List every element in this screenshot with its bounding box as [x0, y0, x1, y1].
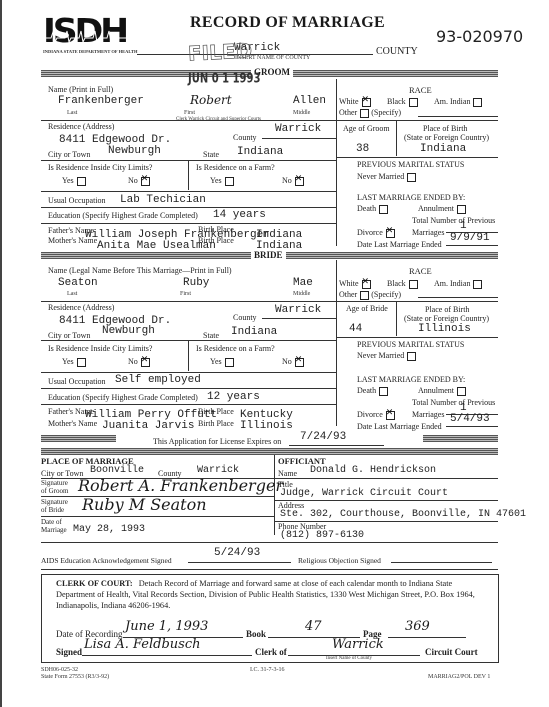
document-title: RECORD OF MARRIAGE: [190, 14, 385, 32]
checkbox-checked[interactable]: [295, 177, 304, 186]
checkbox-checked[interactable]: [141, 177, 150, 186]
recording-page: 369: [405, 619, 430, 634]
bride-ended-divorce[interactable]: Divorce: [357, 410, 395, 420]
groom-middle-name: Allen: [293, 95, 326, 107]
groom-race-other[interactable]: Other (Specify): [339, 108, 401, 118]
groom-farm-yes[interactable]: Yes: [210, 176, 234, 186]
bride-race-other[interactable]: Other (Specify): [339, 290, 401, 300]
groom-ended-death[interactable]: Death: [357, 204, 388, 214]
heartbeat-line-icon: [43, 28, 131, 44]
isdh-logo: ISDH INDIANA STATE DEPARTMENT OF HEALTH: [43, 14, 131, 54]
groom-ended-divorce[interactable]: Divorce: [357, 228, 395, 238]
bride-ended-death[interactable]: Death: [357, 386, 388, 396]
groom-birthplace: Indiana: [420, 143, 466, 155]
bride-age: 44: [349, 323, 362, 335]
groom-age: 38: [356, 143, 369, 155]
bride-middle-name: Mae: [293, 277, 313, 289]
groom-city-limits-yes[interactable]: Yes: [62, 176, 86, 186]
groom-marriages-count: 1: [460, 220, 467, 232]
groom-race-white[interactable]: White: [339, 97, 371, 107]
bride-city-limits-yes[interactable]: Yes: [62, 357, 86, 367]
groom-education: 14 years: [213, 209, 266, 221]
groom-city-limits-no[interactable]: No: [128, 176, 150, 186]
checkbox[interactable]: [225, 177, 234, 186]
bride-farm-yes[interactable]: Yes: [210, 357, 234, 367]
checkbox-checked[interactable]: [362, 98, 371, 107]
bride-city-limits-no[interactable]: No: [128, 357, 150, 367]
checkbox[interactable]: [409, 280, 418, 289]
recording-date: June 1, 1993: [125, 619, 208, 634]
groom-city: Newburgh: [108, 145, 161, 157]
groom-state: Indiana: [237, 146, 283, 158]
scan-left-edge: [0, 0, 2, 707]
bride-birthplace: Illinois: [418, 323, 471, 335]
bride-right-divider: [336, 260, 337, 426]
checkbox[interactable]: [379, 387, 388, 396]
bride-mother-name: Juanita Jarvis: [102, 420, 194, 432]
bride-education: 12 years: [207, 391, 260, 403]
groom-ended-annulment[interactable]: Annulment: [418, 204, 466, 214]
officiant-phone: (812) 897-6130: [280, 530, 364, 541]
clerk-county: Warrick: [332, 637, 384, 652]
bride-date-last-ended: 5/4/93: [450, 413, 490, 425]
received-date-stamp: JUN 0 1 1993: [188, 72, 260, 86]
checkbox[interactable]: [407, 173, 416, 182]
groom-signature: Robert A. Frankenberger: [78, 476, 283, 495]
checkbox[interactable]: [457, 205, 466, 214]
groom-never-married[interactable]: Never Married: [357, 172, 416, 182]
officiant-name: Donald G. Hendrickson: [310, 465, 436, 476]
groom-last-name: Frankenberger: [58, 95, 144, 107]
bride-first-name: Ruby: [183, 277, 209, 289]
bride-section-label: BRIDE: [251, 250, 286, 260]
checkbox[interactable]: [77, 358, 86, 367]
checkbox-checked[interactable]: [386, 411, 395, 420]
groom-first-name: Robert: [190, 93, 232, 107]
bride-race-amindian[interactable]: Am. Indian: [434, 279, 482, 289]
recording-book: 47: [305, 619, 322, 634]
clerk-signature: Lisa A. Feldbusch: [84, 637, 201, 652]
county-label: COUNTY: [376, 46, 418, 57]
groom-county: Warrick: [275, 123, 321, 135]
bride-race-black[interactable]: Black: [387, 279, 418, 289]
groom-farm-no[interactable]: No: [282, 176, 304, 186]
checkbox[interactable]: [379, 205, 388, 214]
marriage-date: May 28, 1993: [73, 524, 145, 535]
bride-signature: Ruby M Seaton: [82, 495, 207, 514]
checkbox-checked[interactable]: [295, 358, 304, 367]
checkbox[interactable]: [457, 387, 466, 396]
filed-stamp: FILED: [187, 38, 252, 65]
bride-city: Newburgh: [102, 325, 155, 337]
bride-state: Indiana: [231, 326, 277, 338]
groom-date-last-ended: 9/9/91: [450, 232, 490, 244]
marriage-county: Warrick: [197, 465, 239, 476]
checkbox-checked[interactable]: [386, 229, 395, 238]
checkbox[interactable]: [473, 280, 482, 289]
checkbox[interactable]: [360, 291, 369, 300]
checkbox-checked[interactable]: [362, 280, 371, 289]
groom-race-amindian[interactable]: Am. Indian: [434, 97, 482, 107]
checkbox[interactable]: [225, 358, 234, 367]
groom-occupation: Lab Techician: [120, 194, 206, 206]
bride-ended-annulment[interactable]: Annulment: [418, 386, 466, 396]
aids-acknowledgement-date: 5/24/93: [214, 547, 260, 559]
license-expiry-date: 7/24/93: [300, 431, 346, 443]
bride-county: Warrick: [275, 304, 321, 316]
checkbox[interactable]: [473, 98, 482, 107]
officiant-address: Ste. 302, Courthouse, Boonville, IN 4760…: [280, 509, 526, 520]
checkbox[interactable]: [360, 109, 369, 118]
checkbox[interactable]: [409, 98, 418, 107]
checkbox[interactable]: [407, 352, 416, 361]
bride-last-name: Seaton: [58, 277, 98, 289]
bride-never-married[interactable]: Never Married: [357, 351, 416, 361]
bride-mother-birthplace: Illinois: [240, 420, 293, 432]
bride-occupation: Self employed: [115, 374, 201, 386]
officiant-title: Judge, Warrick Circuit Court: [280, 488, 448, 499]
checkbox[interactable]: [77, 177, 86, 186]
groom-race-black[interactable]: Black: [387, 97, 418, 107]
clerk-instructions: CLERK OF COURT:Detach Record of Marriage…: [56, 578, 486, 611]
marriage-city: Boonville: [90, 465, 144, 476]
groom-right-divider: [336, 79, 337, 246]
bride-farm-no[interactable]: No: [282, 357, 304, 367]
record-number: 93-020970: [436, 27, 523, 46]
bride-race-white[interactable]: White: [339, 279, 371, 289]
checkbox-checked[interactable]: [141, 358, 150, 367]
